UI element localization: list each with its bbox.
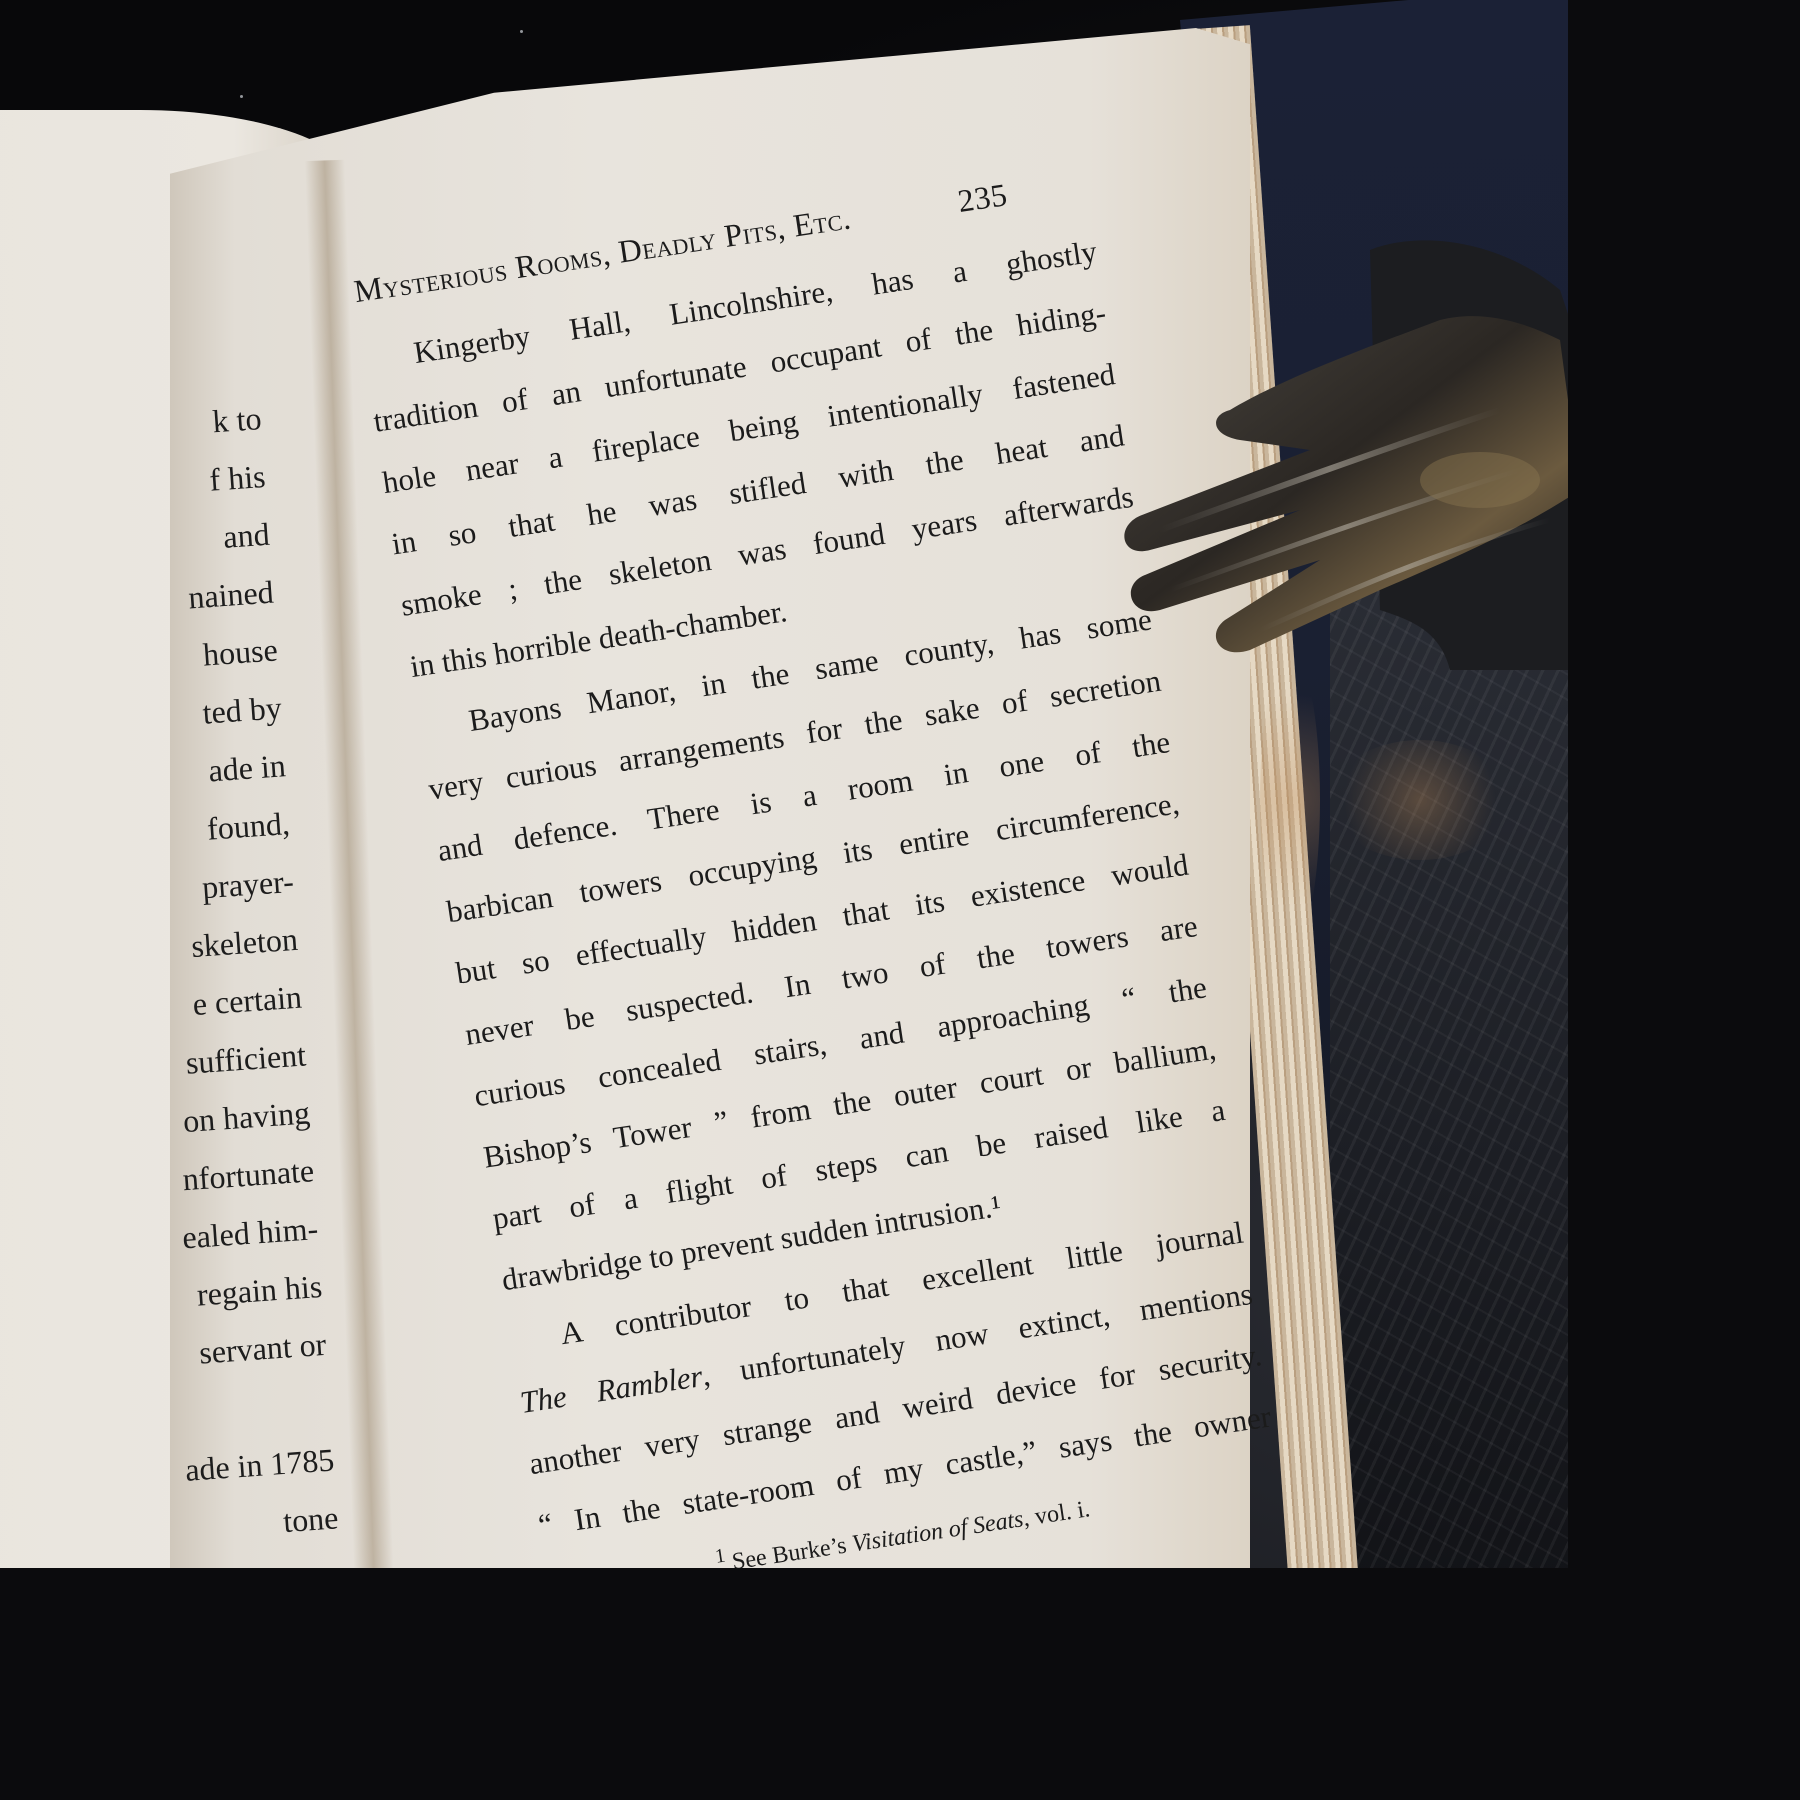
dust-speck — [240, 95, 243, 98]
foxing-stain — [1330, 740, 1510, 860]
page-number: 235 — [953, 163, 1011, 232]
footnote-prefix: See Burke’s — [730, 1533, 848, 1568]
footnote-marker: 1 — [714, 1545, 727, 1568]
footnote-suffix: , vol. i. — [1021, 1496, 1091, 1532]
textured-surface — [1330, 560, 1568, 1568]
foxing-stain — [1260, 650, 1320, 950]
bronze-hand-icon — [1120, 230, 1568, 670]
dust-speck — [520, 30, 523, 33]
